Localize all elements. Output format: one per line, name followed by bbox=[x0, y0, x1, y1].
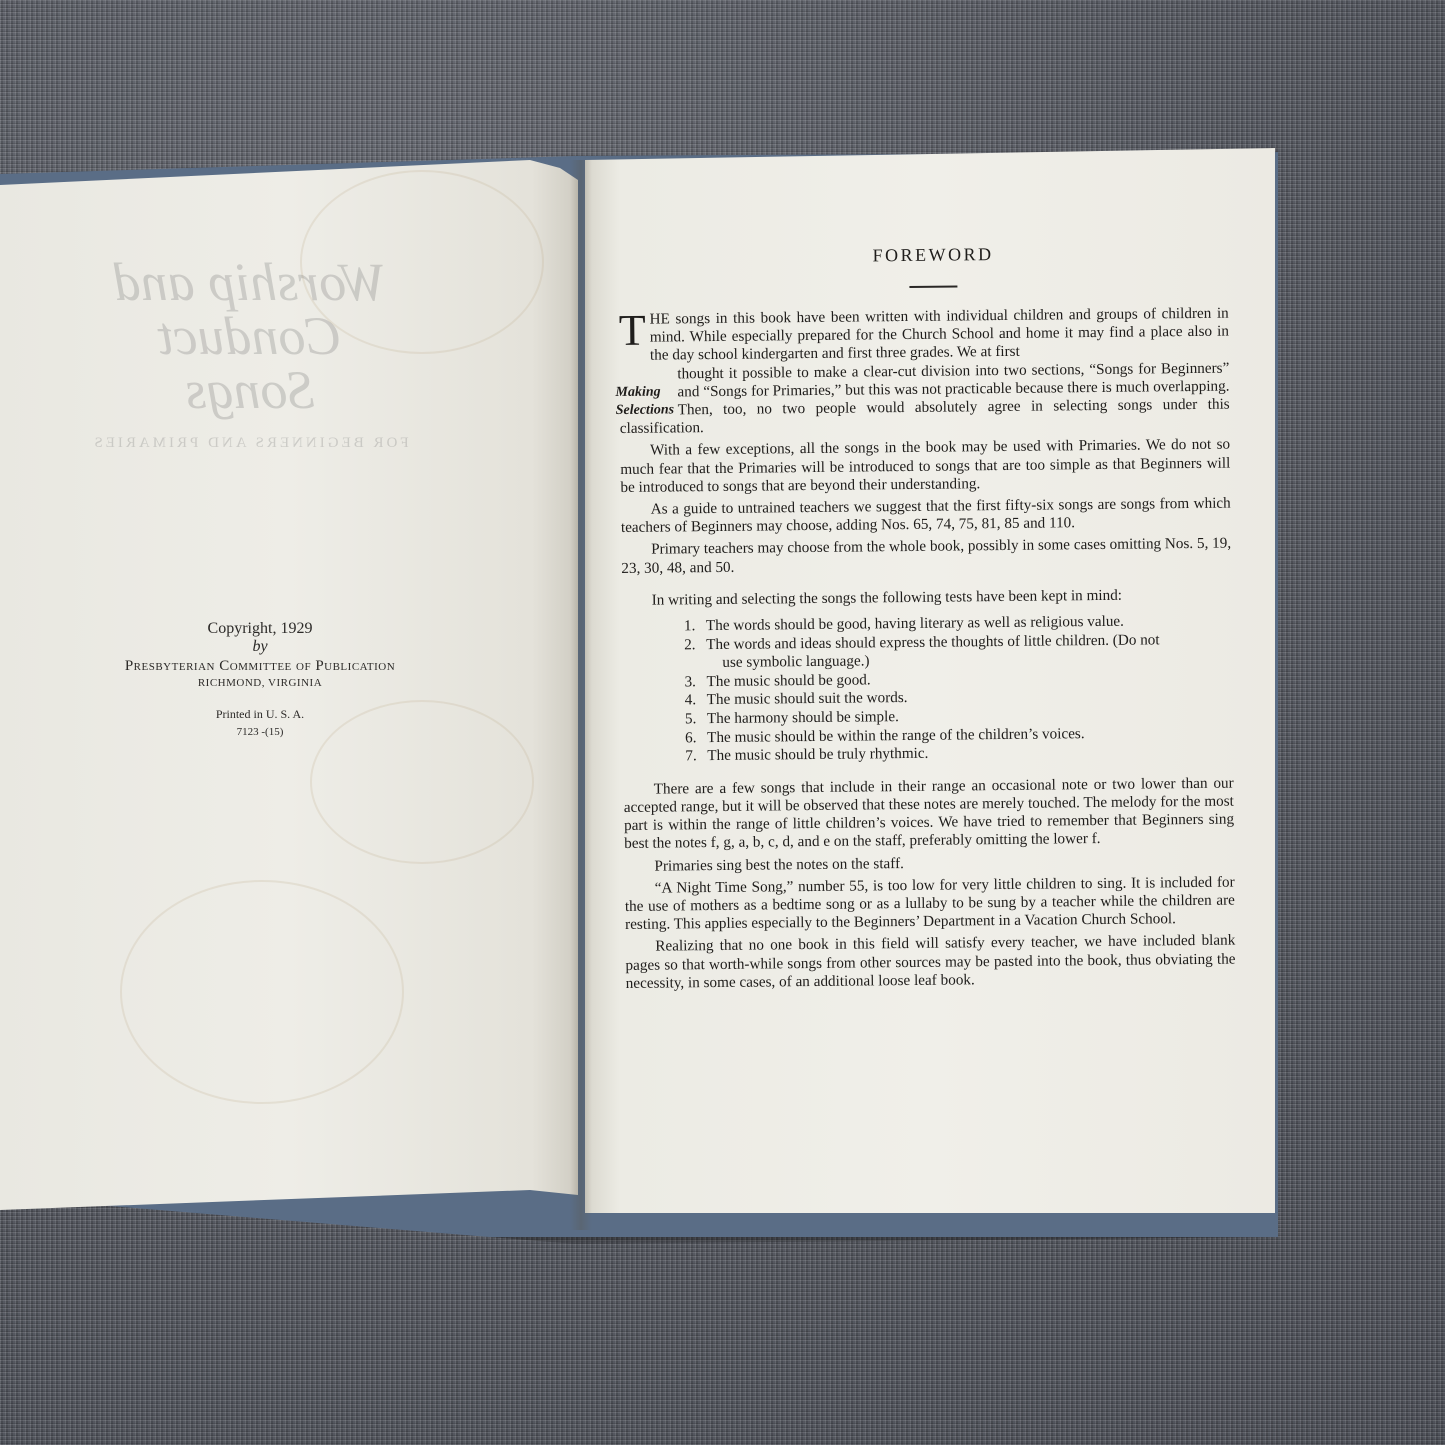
paragraph-9: Realizing that no one book in this field… bbox=[625, 932, 1236, 993]
copyright-block: Copyright, 1929 by Presbyterian Committe… bbox=[95, 620, 425, 738]
paragraph-4: Primary teachers may choose from the who… bbox=[621, 535, 1231, 578]
publisher-city: RICHMOND, VIRGINIA bbox=[95, 677, 425, 689]
margin-note-making-selections: Making Selections bbox=[615, 383, 677, 420]
paragraph-5: In writing and selecting the songs the f… bbox=[622, 585, 1232, 610]
paragraph-1-continued: thought it possible to make a clear-cut … bbox=[619, 359, 1230, 438]
bleed-title-line2: Songs bbox=[20, 363, 480, 417]
foreword-body: THE songs in this book have been written… bbox=[619, 305, 1236, 993]
bleed-through-title: Worship and Conduct Songs FOR BEGINNERS … bbox=[20, 255, 480, 452]
paragraph-7: Primaries sing best the notes on the sta… bbox=[624, 851, 1234, 876]
print-code: 7123 -(15) bbox=[95, 726, 425, 738]
copyright-by: by bbox=[95, 638, 425, 656]
paragraph-1-text: HE songs in this book have been written … bbox=[650, 305, 1229, 364]
paragraph-1: THE songs in this book have been written… bbox=[619, 305, 1230, 366]
paragraph-2: With a few exceptions, all the songs in … bbox=[620, 436, 1231, 497]
paragraph-3: As a guide to untrained teachers we sugg… bbox=[621, 495, 1231, 538]
spine-gutter bbox=[570, 160, 592, 1230]
foreword-section: FOREWORD THE songs in this book have bee… bbox=[618, 242, 1236, 993]
publisher-name: Presbyterian Committee of Publication bbox=[95, 658, 425, 675]
copyright-line: Copyright, 1929 bbox=[95, 620, 425, 638]
drop-cap: T bbox=[619, 313, 646, 349]
title-rule bbox=[909, 285, 957, 288]
tests-list: 1.The words should be good, having liter… bbox=[622, 612, 1234, 767]
bleed-subtitle: FOR BEGINNERS AND PRIMARIES bbox=[20, 435, 480, 452]
list-item: 2.The words and ideas should express the… bbox=[684, 630, 1232, 673]
paragraph-8: “A Night Time Song,” number 55, is too l… bbox=[625, 873, 1236, 934]
bleed-title-line1: Worship and Conduct bbox=[20, 255, 480, 363]
paragraph-6: There are a few songs that include in th… bbox=[624, 774, 1235, 853]
water-stain bbox=[120, 880, 404, 1104]
printed-in: Printed in U. S. A. bbox=[95, 707, 425, 722]
